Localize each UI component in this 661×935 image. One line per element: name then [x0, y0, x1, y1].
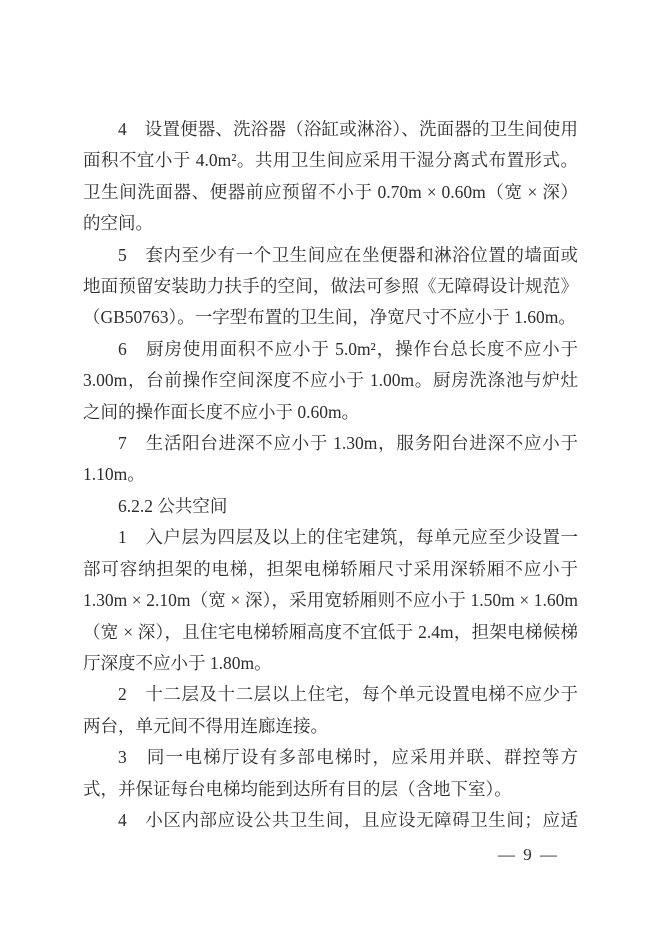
clause-7-balcony-depth: 7 生活阳台进深不应小于 1.30m，服务阳台进深不应小于 1.10m。: [83, 428, 578, 491]
clause-3-elevator-group-control: 3 同一电梯厅设有多部电梯时，应采用并联、群控等方式，并保证每台电梯均能到达所有…: [83, 742, 578, 805]
section-heading-6-2-2: 6.2.2 公共空间: [83, 491, 578, 522]
clause-4-public-restroom: 4 小区内部应设公共卫生间，且应设无障碍卫生间；应适: [83, 805, 578, 836]
scanned-document-page: 4 设置便器、洗浴器（浴缸或淋浴）、洗面器的卫生间使用面积不宜小于 4.0m²。…: [0, 0, 661, 935]
page-number: — 9 —: [498, 845, 559, 865]
clause-5-grab-bar-space: 5 套内至少有一个卫生间应在坐便器和淋浴位置的墙面或地面预留安装助力扶手的空间，…: [83, 240, 578, 334]
clause-6-kitchen-area: 6 厨房使用面积不应小于 5.0m²，操作台总长度不应小于 3.00m，台前操作…: [83, 334, 578, 428]
clause-2-elevator-count: 2 十二层及十二层以上住宅，每个单元设置电梯不应少于两台，单元间不得用连廊连接。: [83, 679, 578, 742]
clause-4-bathroom-fixtures: 4 设置便器、洗浴器（浴缸或淋浴）、洗面器的卫生间使用面积不宜小于 4.0m²。…: [83, 114, 578, 240]
clause-1-stretcher-elevator: 1 入户层为四层及以上的住宅建筑，每单元应至少设置一部可容纳担架的电梯，担架电梯…: [83, 522, 578, 679]
document-text-block: 4 设置便器、洗浴器（浴缸或淋浴）、洗面器的卫生间使用面积不宜小于 4.0m²。…: [83, 114, 578, 836]
